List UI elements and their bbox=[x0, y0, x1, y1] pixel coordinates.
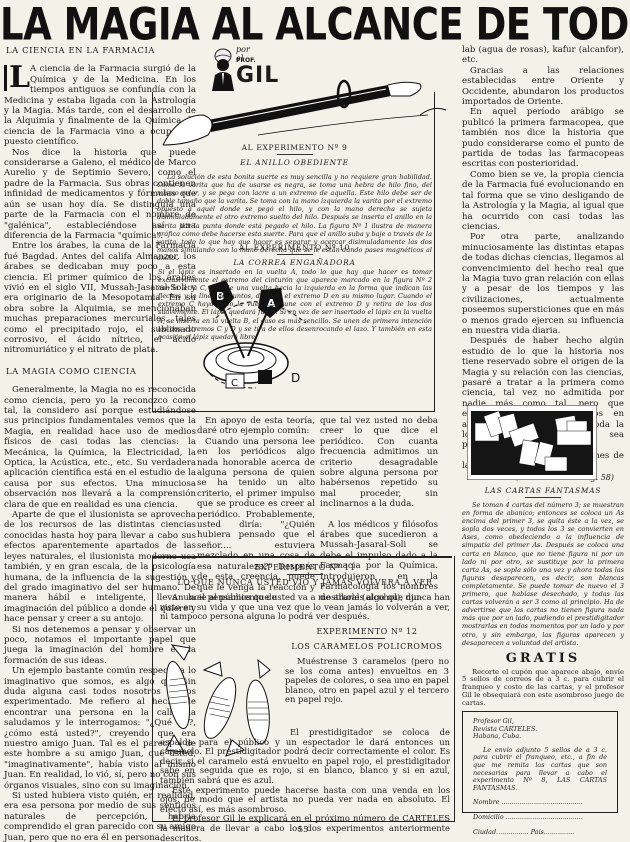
experiment-12-title: LOS CARAMELOS POLICROMOS bbox=[285, 642, 449, 651]
paragraph: Muéstrense 3 caramelos (pero no se los c… bbox=[285, 657, 449, 705]
divider bbox=[287, 574, 323, 575]
domicilio-field[interactable]: Domicilio ..............................… bbox=[473, 814, 607, 822]
experiment-10: AL EXPERIMENTO Nº 10 LA CORREA ENGAÑADOR… bbox=[157, 243, 432, 267]
nombre-field[interactable]: Nombre .................................… bbox=[473, 799, 607, 807]
order-coupon: Profesor Gil, Revista CARTELES. Habana, … bbox=[462, 711, 618, 813]
divider bbox=[349, 638, 385, 639]
experiment-11-text: Anuncie al público que usted va a mostra… bbox=[160, 593, 450, 622]
experiment-9-heading: AL EXPERIMENTO Nº 9 bbox=[157, 143, 432, 152]
magazine-page: LA MAGIA AL ALCANCE DE TODOS por el PROF… bbox=[0, 0, 630, 842]
cartas-title: LAS CARTAS FANTASMAS bbox=[462, 486, 624, 495]
paragraph: Gracias a las relaciones establecidas en… bbox=[462, 66, 624, 108]
divider bbox=[277, 254, 313, 255]
experiment-10-title: LA CORREA ENGAÑADORA bbox=[157, 258, 432, 267]
divider bbox=[277, 154, 313, 155]
page-number: 55 bbox=[298, 825, 308, 834]
headline: LA MAGIA AL ALCANCE DE TODOS bbox=[0, 0, 630, 50]
paragraph: En apoyo de esta teoría, daré otro ejemp… bbox=[197, 416, 315, 437]
experiment-10-text: Si el lápiz es insertado en la vuelta A,… bbox=[158, 268, 432, 404]
cartas-text: Se toman 4 cartas del número 3; se muest… bbox=[462, 501, 624, 647]
experiment-12: EXPERIMENTO Nº 12 LOS CARAMELOS POLICROM… bbox=[285, 627, 449, 705]
gratis-text: Recorte el cupón que aparece abajo, enví… bbox=[462, 669, 624, 708]
divider bbox=[525, 497, 561, 498]
section-title-farmacia: LA CIENCIA EN LA FARMACIA bbox=[6, 45, 196, 55]
ciudad-pais-field[interactable]: Ciudad................ País.............… bbox=[473, 829, 607, 837]
experiment-12-heading: EXPERIMENTO Nº 12 bbox=[285, 627, 449, 636]
paragraph: El prestidigitador se coloca de espalda … bbox=[160, 728, 450, 786]
paragraph: Este experimento puede hacerse hasta con… bbox=[160, 786, 450, 815]
coupon-body: Le envío adjunto 5 sellos de a 3 c. para… bbox=[473, 747, 607, 793]
paragraph: En aquel período arábigo se publicó la p… bbox=[462, 107, 624, 169]
coupon-address: Habana, Cuba. bbox=[473, 733, 607, 741]
cards-illustration bbox=[467, 405, 597, 480]
experiment-11: EXPERIMENTO Nº 11 LO QUE NUNCA USTED VIO… bbox=[160, 563, 450, 622]
paragraph: Como bien se ve, la propia ciencia de la… bbox=[462, 170, 624, 232]
experiment-11-heading: EXPERIMENTO Nº 11 bbox=[160, 563, 450, 572]
magic-wand-illustration bbox=[158, 60, 448, 150]
cartas-fantasmas: LAS CARTAS FANTASMAS Se toman 4 cartas d… bbox=[462, 486, 624, 708]
paragraph: que tal vez usted no deba creer lo que d… bbox=[320, 416, 438, 510]
dropcap: L bbox=[4, 65, 26, 91]
gratis-heading: GRATIS bbox=[462, 651, 624, 666]
experiment-11-title: LO QUE NUNCA USTED VIO Y JAMAS VOLVERA A… bbox=[160, 578, 450, 587]
experiment-10-heading: AL EXPERIMENTO Nº 10 bbox=[157, 243, 432, 252]
paragraph: lab (agua de rosas), kafur (alcanfor), e… bbox=[462, 45, 624, 66]
experiment-9-title: EL ANILLO OBEDIENTE bbox=[157, 158, 432, 167]
paragraph: Por otra parte, analizando minuciosament… bbox=[462, 232, 624, 336]
